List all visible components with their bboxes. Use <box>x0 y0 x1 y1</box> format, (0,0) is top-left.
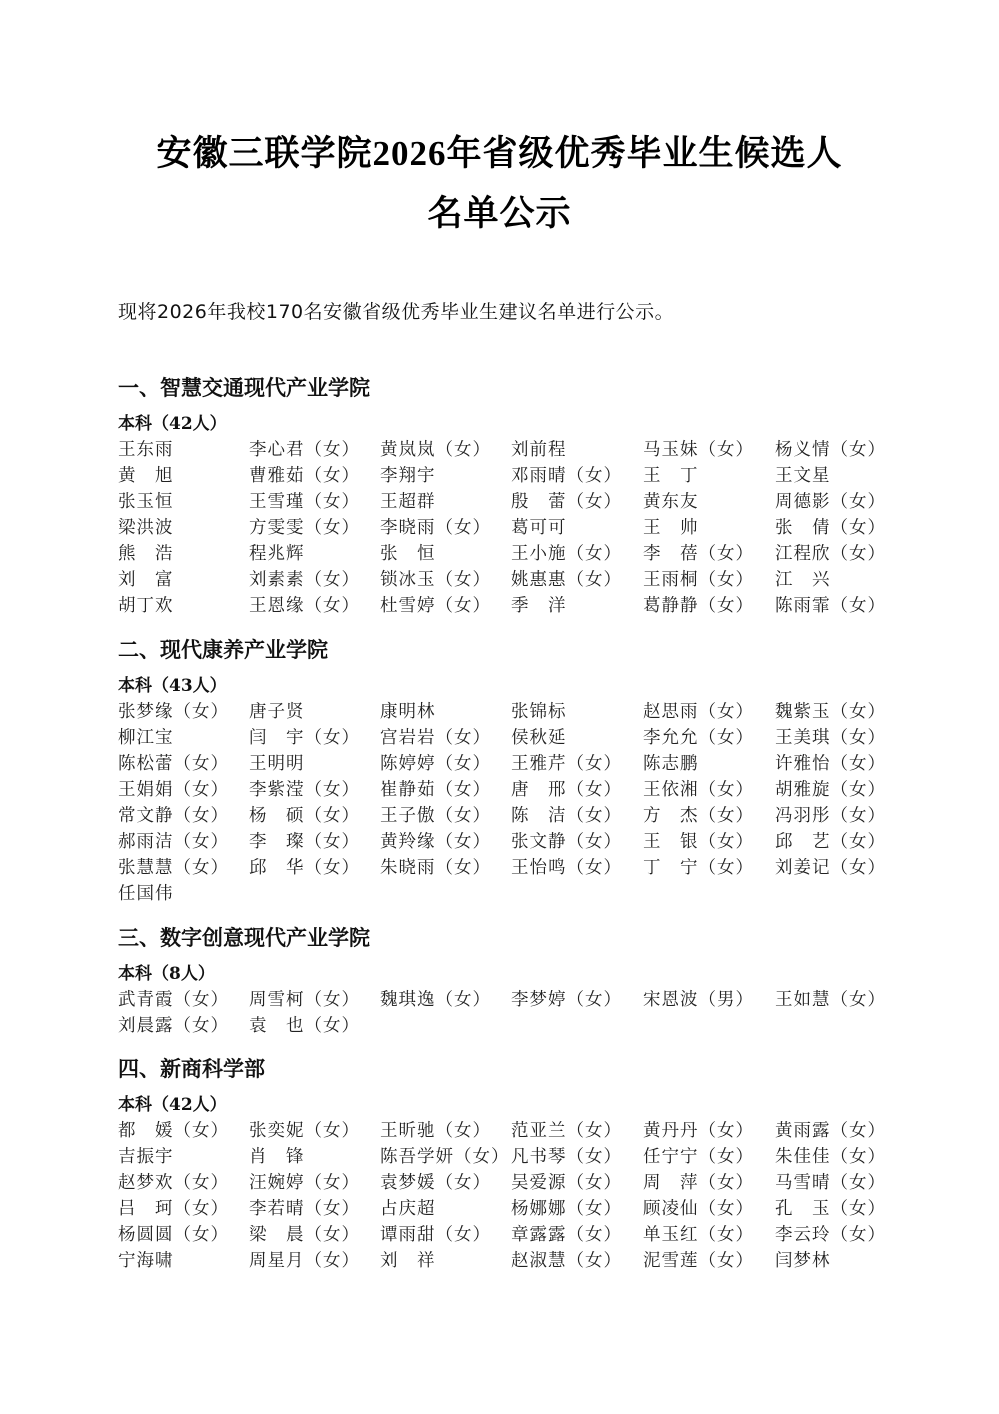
candidate-name: 唐 邢（女） <box>511 777 643 803</box>
candidate-name: 康明林 <box>380 699 511 725</box>
candidate-name: 张锦标 <box>511 699 643 725</box>
candidate-name: 黄东友 <box>643 489 775 515</box>
candidate-name: 张 倩（女） <box>775 515 915 541</box>
candidate-name: 周德影（女） <box>775 489 915 515</box>
candidate-name: 王如慧（女） <box>775 987 915 1013</box>
document-page: 安徽三联学院2026年省级优秀毕业生候选人 名单公示 现将2026年我校170名… <box>0 0 999 1414</box>
section-title: 二、现代康养产业学院 <box>118 635 898 665</box>
candidate-name: 杜雪婷（女） <box>380 593 511 619</box>
candidate-name: 陈吾学妍（女） <box>380 1144 511 1170</box>
candidate-name: 冯羽彤（女） <box>775 803 915 829</box>
candidate-name: 王明明 <box>249 751 380 777</box>
candidate-name: 侯秋延 <box>511 725 643 751</box>
candidate-name: 杨圆圆（女） <box>118 1222 249 1248</box>
candidate-name: 王雪瑾（女） <box>249 489 380 515</box>
candidate-name: 刘 祥 <box>380 1248 511 1274</box>
candidate-name: 李晓雨（女） <box>380 515 511 541</box>
candidate-name: 邱 华（女） <box>249 855 380 881</box>
candidate-name: 崔静茹（女） <box>380 777 511 803</box>
name-grid: 都 媛（女）张奕妮（女）王昕驰（女）范亚兰（女）黄丹丹（女）黄雨露（女）吉振宇肖… <box>118 1118 898 1274</box>
candidate-name: 吴爱源（女） <box>511 1170 643 1196</box>
candidate-name: 王雨桐（女） <box>643 567 775 593</box>
candidate-name: 柳江宝 <box>118 725 249 751</box>
candidate-name: 刘晨露（女） <box>118 1013 249 1039</box>
candidate-name: 王娟娟（女） <box>118 777 249 803</box>
candidate-name: 邓雨晴（女） <box>511 463 643 489</box>
candidate-name: 闫梦林 <box>775 1248 915 1274</box>
candidate-name: 方雯雯（女） <box>249 515 380 541</box>
candidate-name: 吕 珂（女） <box>118 1196 249 1222</box>
candidate-name: 范亚兰（女） <box>511 1118 643 1144</box>
candidate-name: 武青霞（女） <box>118 987 249 1013</box>
candidate-name: 梁洪波 <box>118 515 249 541</box>
candidate-name: 章露露（女） <box>511 1222 643 1248</box>
candidate-name: 王东雨 <box>118 437 249 463</box>
candidate-name: 季 洋 <box>511 593 643 619</box>
candidate-name: 张文静（女） <box>511 829 643 855</box>
candidate-name: 王美琪（女） <box>775 725 915 751</box>
candidate-name: 王依湘（女） <box>643 777 775 803</box>
candidate-name: 郝雨洁（女） <box>118 829 249 855</box>
candidate-name: 许雅怡（女） <box>775 751 915 777</box>
candidate-name: 谭雨甜（女） <box>380 1222 511 1248</box>
candidate-name: 葛静静（女） <box>643 593 775 619</box>
section-subtitle: 本科（42人） <box>118 411 898 437</box>
candidate-name: 程兆辉 <box>249 541 380 567</box>
candidate-name: 方 杰（女） <box>643 803 775 829</box>
candidate-name: 赵淑慧（女） <box>511 1248 643 1274</box>
section-digital-creative: 三、数字创意现代产业学院 本科（8人） 武青霞（女）周雪柯（女）魏琪逸（女）李梦… <box>118 923 898 1039</box>
candidate-name: 殷 蕾（女） <box>511 489 643 515</box>
candidate-name: 黄 旭 <box>118 463 249 489</box>
candidate-name: 熊 浩 <box>118 541 249 567</box>
candidate-name: 赵思雨（女） <box>643 699 775 725</box>
candidate-name: 江程欣（女） <box>775 541 915 567</box>
candidate-name: 胡雅旋（女） <box>775 777 915 803</box>
candidate-name: 朱佳佳（女） <box>775 1144 915 1170</box>
candidate-name: 丁 宁（女） <box>643 855 775 881</box>
candidate-name: 李翔宇 <box>380 463 511 489</box>
document-title-line1: 安徽三联学院2026年省级优秀毕业生候选人 <box>0 126 999 176</box>
candidate-name: 常文静（女） <box>118 803 249 829</box>
candidate-name: 任国伟 <box>118 881 249 907</box>
candidate-name: 李心君（女） <box>249 437 380 463</box>
candidate-name: 胡丁欢 <box>118 593 249 619</box>
section-health-care: 二、现代康养产业学院 本科（43人） 张梦缘（女）唐子贤康明林张锦标赵思雨（女）… <box>118 635 898 907</box>
candidate-name: 汪婉婷（女） <box>249 1170 380 1196</box>
section-title: 三、数字创意现代产业学院 <box>118 923 898 953</box>
candidate-name: 刘素素（女） <box>249 567 380 593</box>
candidate-name: 唐子贤 <box>249 699 380 725</box>
candidate-name: 姚惠惠（女） <box>511 567 643 593</box>
candidate-name: 张梦缘（女） <box>118 699 249 725</box>
candidate-name: 任宁宁（女） <box>643 1144 775 1170</box>
candidate-name: 曹雅茹（女） <box>249 463 380 489</box>
candidate-name: 宋恩波（男） <box>643 987 775 1013</box>
section-subtitle: 本科（42人） <box>118 1092 898 1118</box>
candidate-name: 杨义情（女） <box>775 437 915 463</box>
candidate-name: 江 兴 <box>775 567 915 593</box>
candidate-name: 马雪晴（女） <box>775 1170 915 1196</box>
section-new-business: 四、新商科学部 本科（42人） 都 媛（女）张奕妮（女）王昕驰（女）范亚兰（女）… <box>118 1054 898 1274</box>
candidate-name: 宁海啸 <box>118 1248 249 1274</box>
candidate-name: 王昕驰（女） <box>380 1118 511 1144</box>
candidate-name: 黄雨露（女） <box>775 1118 915 1144</box>
candidate-name: 葛可可 <box>511 515 643 541</box>
candidate-name: 王恩缘（女） <box>249 593 380 619</box>
candidate-name: 魏紫玉（女） <box>775 699 915 725</box>
candidate-name: 张奕妮（女） <box>249 1118 380 1144</box>
candidate-name: 杨 硕（女） <box>249 803 380 829</box>
section-title: 一、智慧交通现代产业学院 <box>118 373 898 403</box>
candidate-name: 王文星 <box>775 463 915 489</box>
candidate-name: 周雪柯（女） <box>249 987 380 1013</box>
candidate-name: 黄丹丹（女） <box>643 1118 775 1144</box>
candidate-name: 王小施（女） <box>511 541 643 567</box>
candidate-name: 陈雨霏（女） <box>775 593 915 619</box>
section-smart-transport: 一、智慧交通现代产业学院 本科（42人） 王东雨李心君（女）黄岚岚（女）刘前程马… <box>118 373 898 619</box>
candidate-name: 王 帅 <box>643 515 775 541</box>
candidate-name: 邱 艺（女） <box>775 829 915 855</box>
candidate-name: 闫 宇（女） <box>249 725 380 751</box>
candidate-name: 刘姜记（女） <box>775 855 915 881</box>
candidate-name: 赵梦欢（女） <box>118 1170 249 1196</box>
candidate-name: 王 银（女） <box>643 829 775 855</box>
candidate-name: 宫岩岩（女） <box>380 725 511 751</box>
intro-paragraph: 现将2026年我校170名安徽省级优秀毕业生建议名单进行公示。 <box>118 297 674 324</box>
candidate-name: 李梦婷（女） <box>511 987 643 1013</box>
candidate-name: 魏琪逸（女） <box>380 987 511 1013</box>
candidate-name: 李允允（女） <box>643 725 775 751</box>
candidate-name: 朱晓雨（女） <box>380 855 511 881</box>
candidate-name: 都 媛（女） <box>118 1118 249 1144</box>
name-grid: 张梦缘（女）唐子贤康明林张锦标赵思雨（女）魏紫玉（女）柳江宝闫 宇（女）宫岩岩（… <box>118 699 898 907</box>
candidate-name: 王超群 <box>380 489 511 515</box>
candidate-name: 李 蓓（女） <box>643 541 775 567</box>
name-grid: 武青霞（女）周雪柯（女）魏琪逸（女）李梦婷（女）宋恩波（男）王如慧（女）刘晨露（… <box>118 987 898 1039</box>
candidate-name: 凡书琴（女） <box>511 1144 643 1170</box>
candidate-name: 王 丁 <box>643 463 775 489</box>
candidate-name: 顾凌仙（女） <box>643 1196 775 1222</box>
candidate-name: 李 璨（女） <box>249 829 380 855</box>
candidate-name: 周星月（女） <box>249 1248 380 1274</box>
candidate-name: 马玉妹（女） <box>643 437 775 463</box>
candidate-name: 王子傲（女） <box>380 803 511 829</box>
candidate-name: 陈 洁（女） <box>511 803 643 829</box>
section-title: 四、新商科学部 <box>118 1054 898 1084</box>
candidate-name: 吉振宇 <box>118 1144 249 1170</box>
candidate-name: 袁梦媛（女） <box>380 1170 511 1196</box>
section-subtitle: 本科（43人） <box>118 673 898 699</box>
candidate-name: 王雅芹（女） <box>511 751 643 777</box>
candidate-name: 占庆超 <box>380 1196 511 1222</box>
candidate-name: 刘 富 <box>118 567 249 593</box>
candidate-name: 周 萍（女） <box>643 1170 775 1196</box>
candidate-name: 张玉恒 <box>118 489 249 515</box>
candidate-name: 锁冰玉（女） <box>380 567 511 593</box>
document-title-line2: 名单公示 <box>0 186 999 236</box>
candidate-name: 王怡鸣（女） <box>511 855 643 881</box>
candidate-name: 黄岚岚（女） <box>380 437 511 463</box>
candidate-name: 李若晴（女） <box>249 1196 380 1222</box>
candidate-name: 杨娜娜（女） <box>511 1196 643 1222</box>
candidate-name: 陈松蕾（女） <box>118 751 249 777</box>
candidate-name: 刘前程 <box>511 437 643 463</box>
candidate-name: 李云玲（女） <box>775 1222 915 1248</box>
candidate-name: 张慧慧（女） <box>118 855 249 881</box>
candidate-name: 黄羚缘（女） <box>380 829 511 855</box>
candidate-name: 陈志鹏 <box>643 751 775 777</box>
candidate-name: 泥雪莲（女） <box>643 1248 775 1274</box>
candidate-name: 张 恒 <box>380 541 511 567</box>
candidate-name: 梁 晨（女） <box>249 1222 380 1248</box>
candidate-name: 肖 锋 <box>249 1144 380 1170</box>
name-grid: 王东雨李心君（女）黄岚岚（女）刘前程马玉妹（女）杨义情（女）黄 旭曹雅茹（女）李… <box>118 437 898 619</box>
section-subtitle: 本科（8人） <box>118 961 898 987</box>
candidate-name: 单玉红（女） <box>643 1222 775 1248</box>
candidate-name: 袁 也（女） <box>249 1013 380 1039</box>
candidate-name: 李紫滢（女） <box>249 777 380 803</box>
candidate-name: 陈婷婷（女） <box>380 751 511 777</box>
candidate-name: 孔 玉（女） <box>775 1196 915 1222</box>
